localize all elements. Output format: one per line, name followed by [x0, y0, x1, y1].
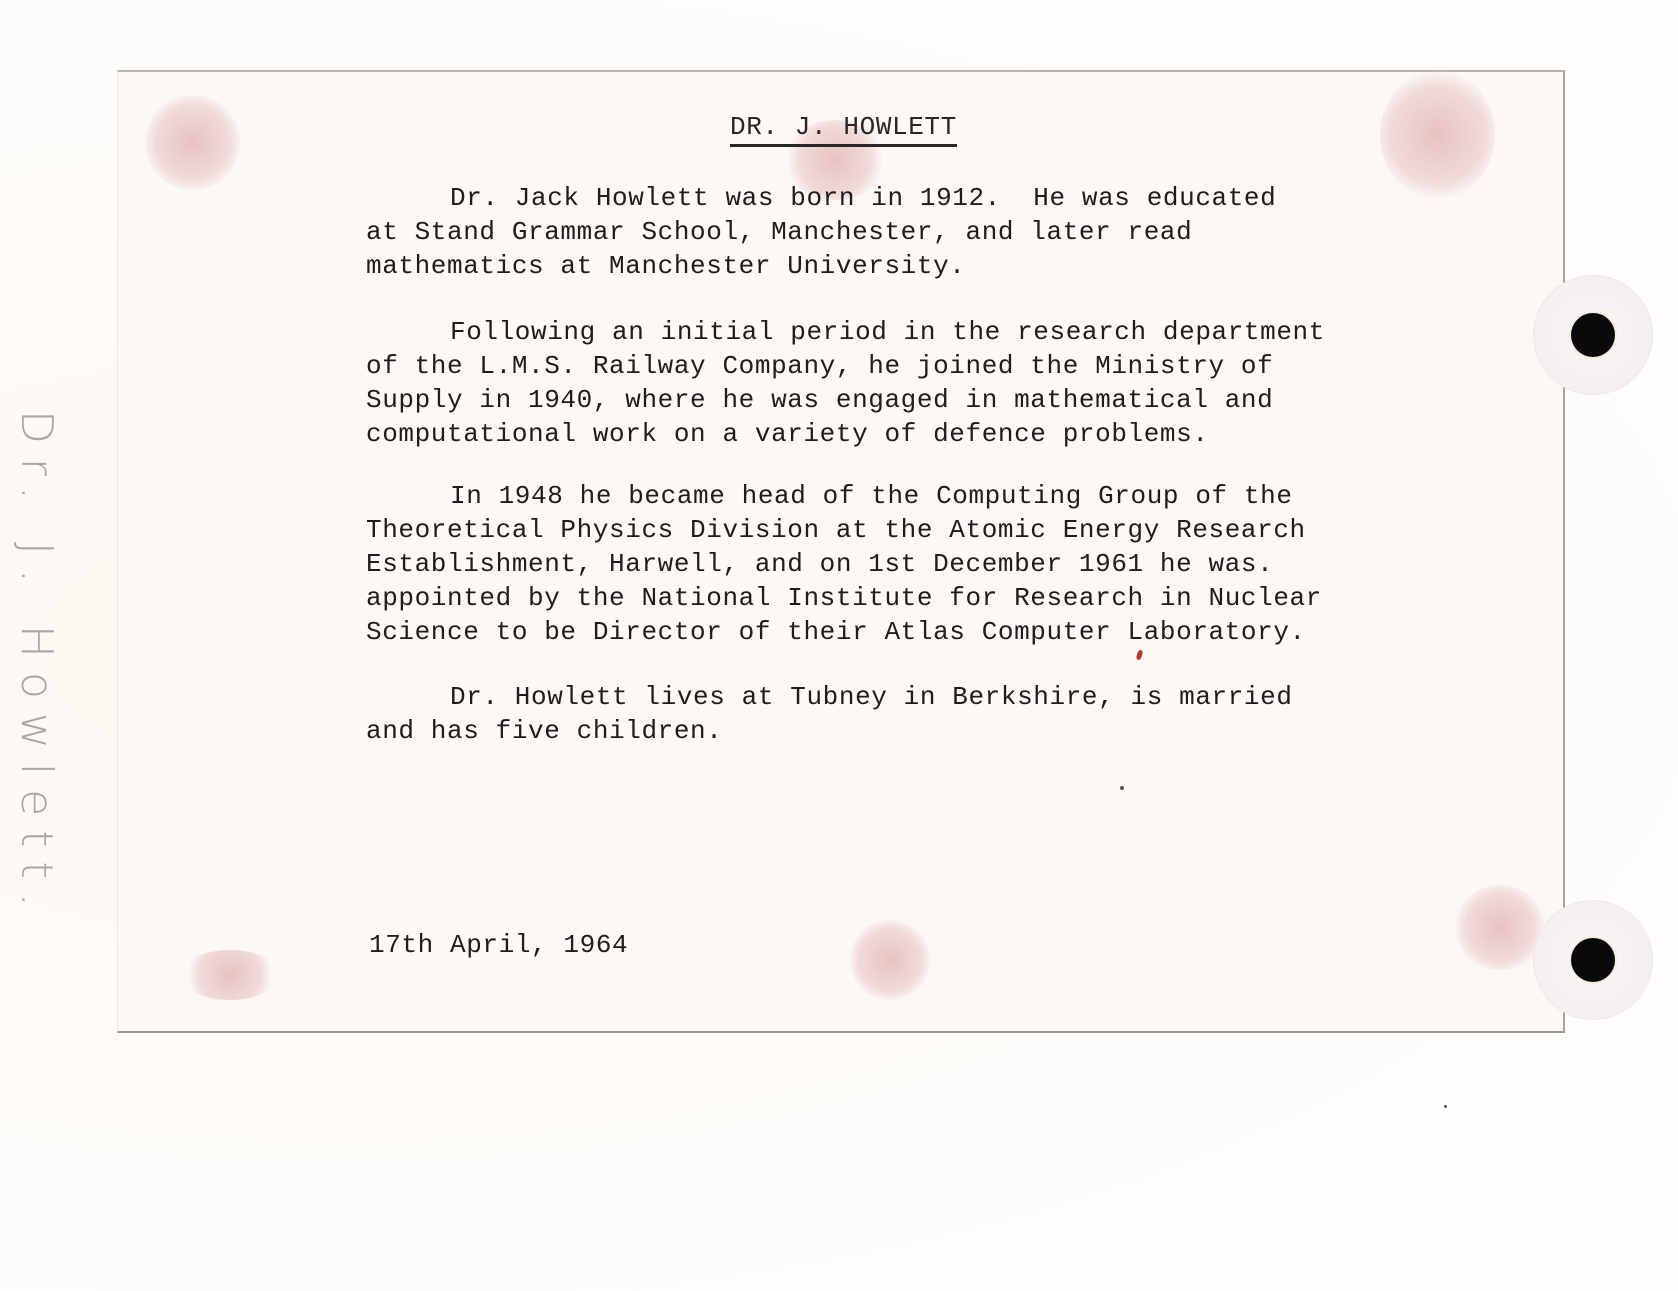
- paragraph-line: Following an initial period in the resea…: [366, 315, 1325, 349]
- paragraph-line: at Stand Grammar School, Manchester, and…: [366, 215, 1276, 249]
- scanned-page: Dr. J. Howlett. DR. J. HOWLETT Dr. Jack …: [0, 0, 1678, 1291]
- adhesive-stain-bottom-left: [180, 950, 280, 1000]
- paragraph-line: appointed by the National Institute for …: [366, 581, 1322, 615]
- paragraph-line: mathematics at Manchester University.: [366, 249, 1276, 283]
- paragraph-1: Dr. Jack Howlett was born in 1912. He wa…: [366, 181, 1276, 283]
- paragraph-2: Following an initial period in the resea…: [366, 315, 1325, 451]
- adhesive-stain-top-left: [145, 95, 240, 190]
- paragraph-line: Science to be Director of their Atlas Co…: [366, 615, 1322, 649]
- adhesive-stain-bottom-right: [1455, 885, 1545, 970]
- adhesive-stain-bottom-center: [850, 920, 930, 1000]
- paragraph-line: Establishment, Harwell, and on 1st Decem…: [366, 547, 1322, 581]
- paragraph-line: Dr. Howlett lives at Tubney in Berkshire…: [366, 680, 1293, 714]
- dust-speck: [1120, 786, 1124, 790]
- paragraph-line: In 1948 he became head of the Computing …: [366, 479, 1322, 513]
- paragraph-3: In 1948 he became head of the Computing …: [366, 479, 1322, 649]
- paragraph-4: Dr. Howlett lives at Tubney in Berkshire…: [366, 680, 1293, 748]
- punch-hole-icon: [1571, 313, 1615, 357]
- dust-speck: [1444, 1105, 1447, 1108]
- document-title: DR. J. HOWLETT: [730, 112, 957, 147]
- paragraph-line: and has five children.: [366, 714, 1293, 748]
- paragraph-line: Dr. Jack Howlett was born in 1912. He wa…: [366, 181, 1276, 215]
- document-date: 17th April, 1964: [369, 930, 628, 960]
- punch-hole-icon: [1571, 938, 1615, 982]
- paragraph-line: Supply in 1940, where he was engaged in …: [366, 383, 1325, 417]
- paragraph-line: of the L.M.S. Railway Company, he joined…: [366, 349, 1325, 383]
- paragraph-line: computational work on a variety of defen…: [366, 417, 1325, 451]
- punch-hole-reinforcement-top: [1533, 275, 1653, 395]
- adhesive-stain-top-right: [1380, 70, 1495, 200]
- paragraph-line: Theoretical Physics Division at the Atom…: [366, 513, 1322, 547]
- punch-hole-reinforcement-bottom: [1533, 900, 1653, 1020]
- handwritten-margin-note: Dr. J. Howlett.: [11, 410, 62, 921]
